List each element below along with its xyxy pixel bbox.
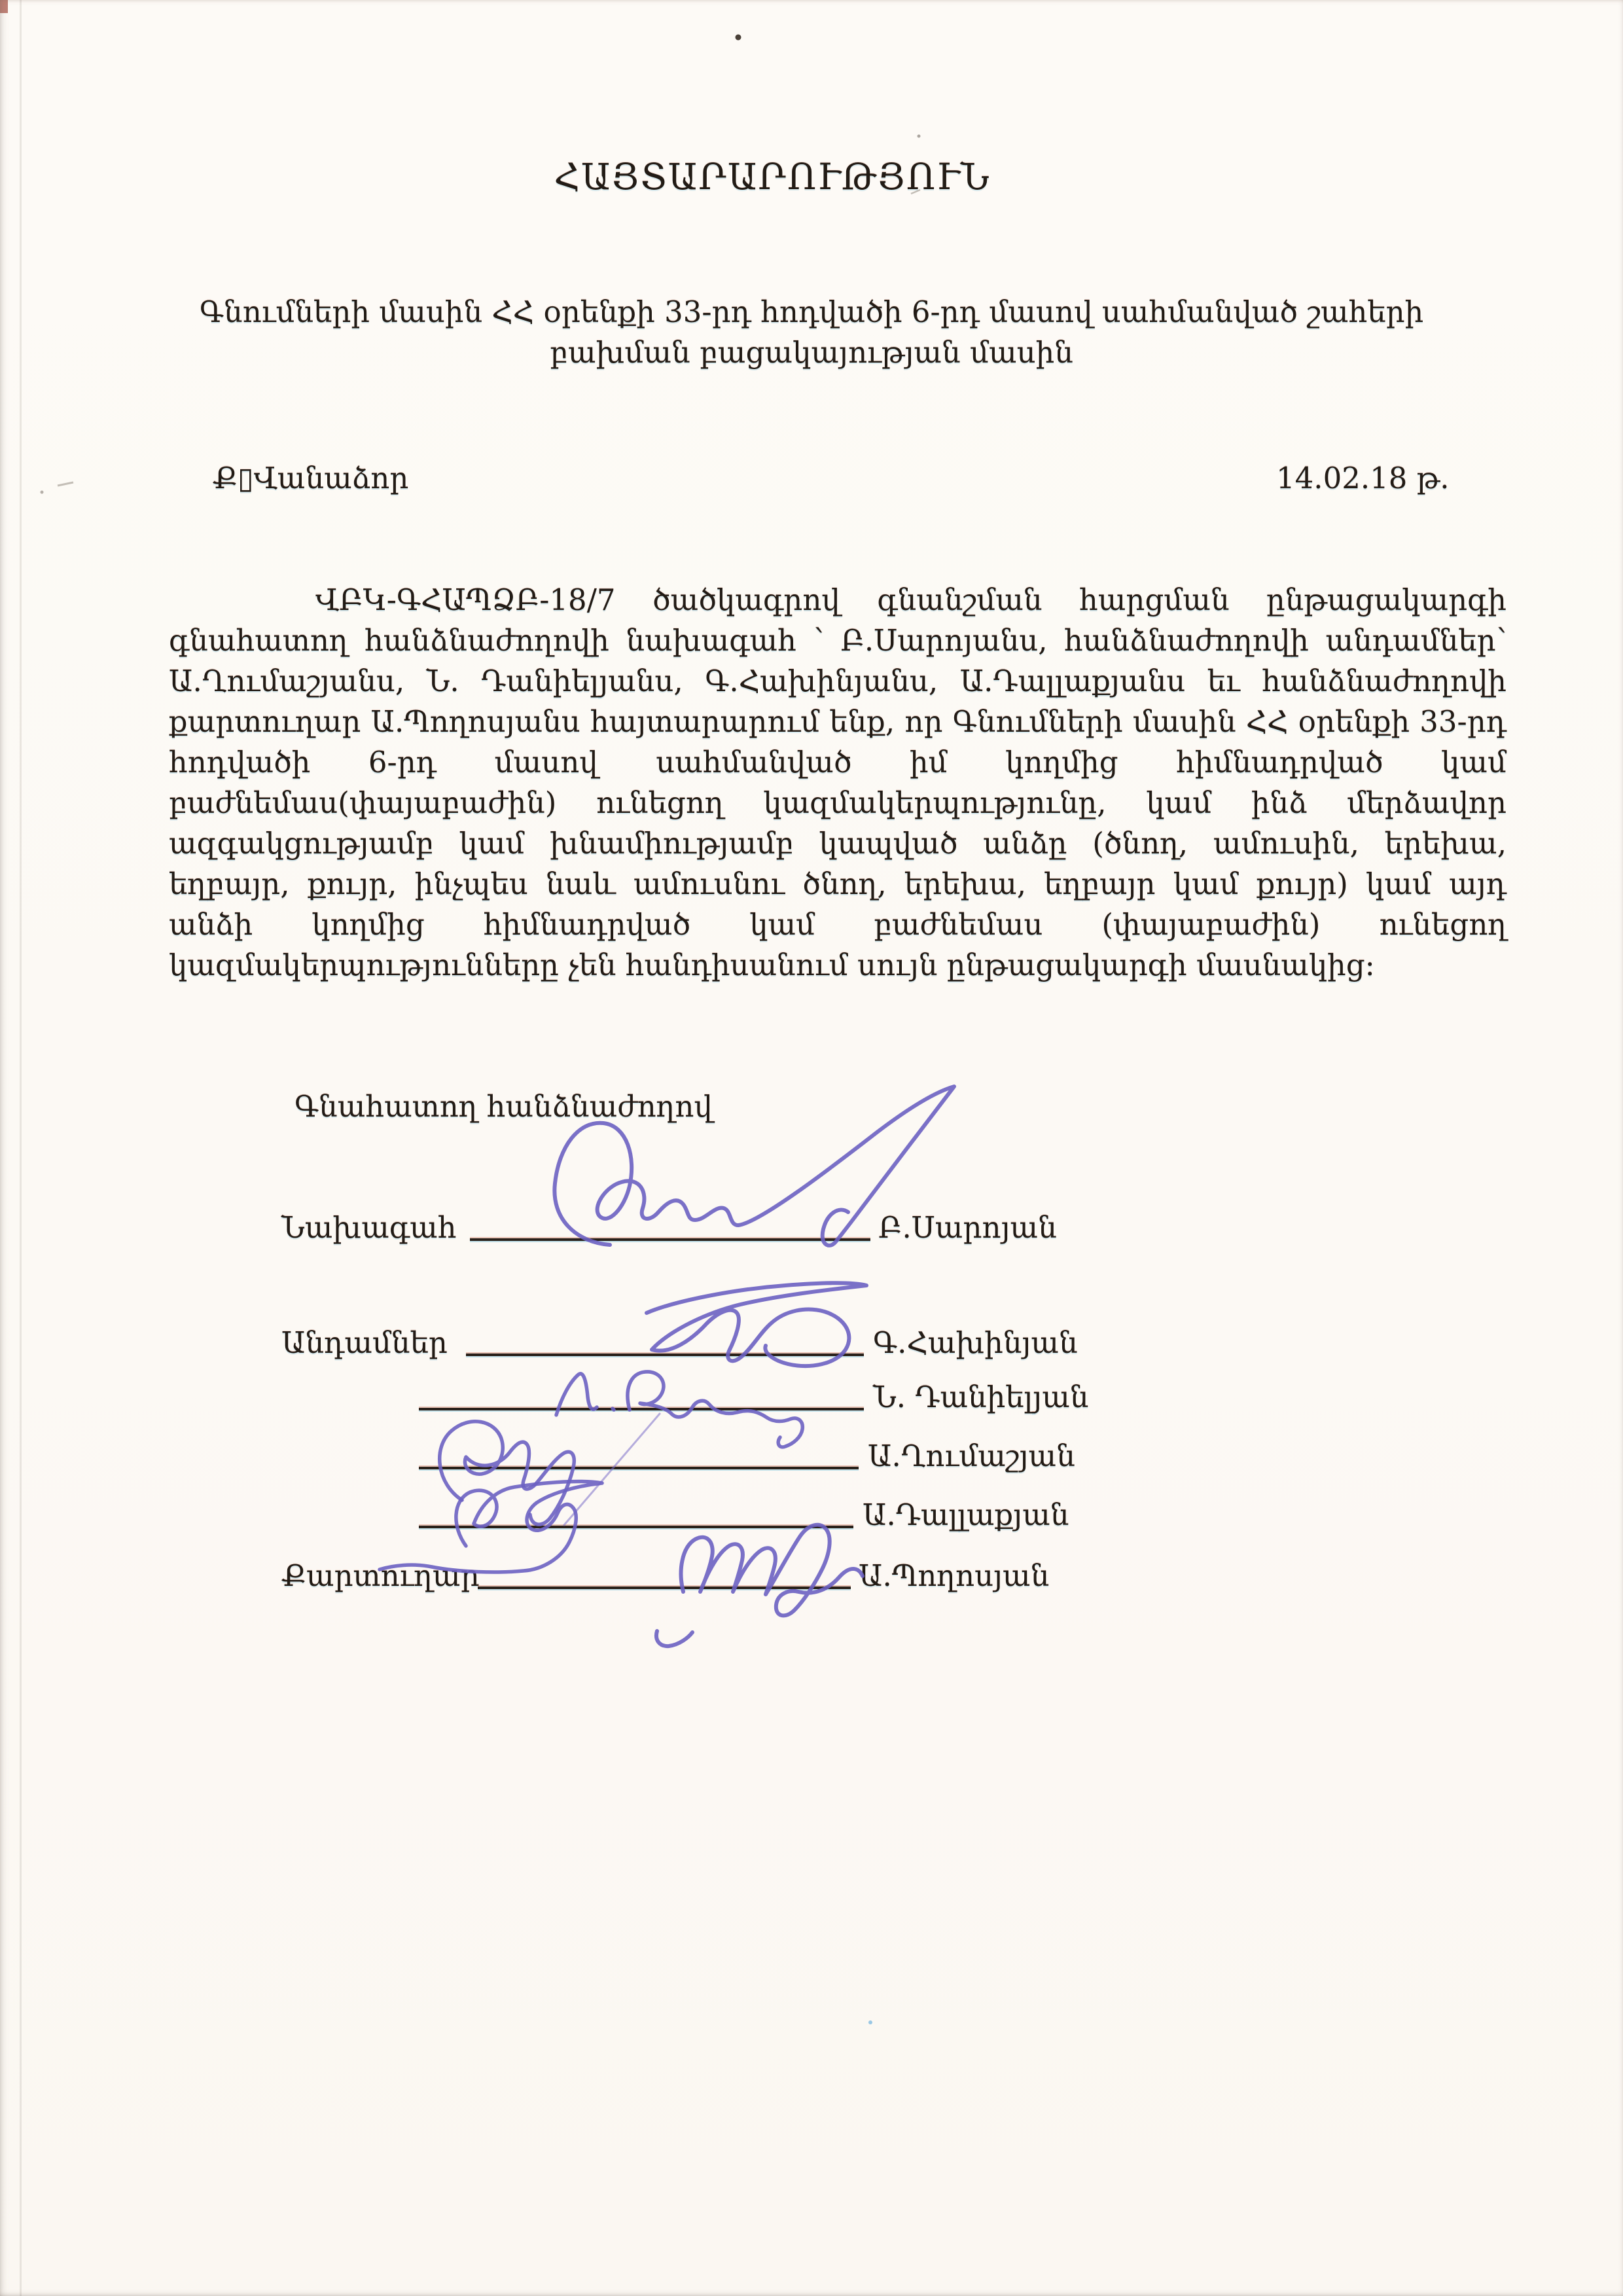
document-subtitle: Գնումների մասին ՀՀ օրենքի 33-րդ հոդվածի … [190,292,1433,373]
signer-name: Գ.Հախինյան [873,1325,1078,1360]
signature-line [466,1354,864,1356]
signer-name: Ա.Դալլաքյան [863,1498,1069,1532]
signature-line [419,1526,853,1528]
scan-speck [41,491,44,494]
scan-edge-streak [20,0,22,2296]
signature-section-heading: Գնահատող հանձնաժողով [294,1089,713,1124]
signature-row-member-3: Ա.Ղումաշյան [0,1434,1623,1473]
signer-name: Ա.Ղումաշյան [868,1439,1075,1473]
role-label-chairman: Նախագահ [281,1210,456,1245]
checkmark-ink-stroke [656,1631,692,1646]
signer-name: Ն. Դանիելյան [873,1380,1089,1414]
signer-name: Ա.Պողոսյան [859,1558,1049,1593]
declaration-body: ՎԲԿ-ԳՀԱՊՁԲ-18/7 ծածկագրով գնանշման հարցմ… [169,580,1507,986]
signature-row-member-4: Ա.Դալլաքյան [0,1493,1623,1532]
role-label-secretary: Քարտուղար [281,1558,480,1593]
signature-row-member-2: Ն. Դանիելյան [0,1375,1623,1414]
scanned-declaration-page: ՀԱՅՏԱՐԱՐՈՒԹՅՈՒՆ Գնումների մասին ՀՀ օրենք… [0,0,1623,2296]
place-label: Ք▯Վանաձոր [213,461,408,495]
signature-row-secretary: Քարտուղար Ա.Պողոսյան [0,1554,1623,1593]
signature-line [478,1587,851,1589]
signature-line [419,1408,864,1410]
signature-line [470,1238,870,1241]
role-label-members: Անդամներ [281,1325,448,1360]
signature-line [419,1467,859,1469]
date-label: 14.02.18 թ. [1276,461,1450,495]
signer-name: Բ.Սարոյան [878,1210,1057,1245]
document-title: ՀԱՅՏԱՐԱՐՈՒԹՅՈՒՆ [0,156,1544,198]
scan-corner-artifact [0,0,8,13]
signature-row-member-1: Անդամներ Գ.Հախինյան [0,1321,1623,1360]
scan-speck-blue [868,2020,872,2024]
scan-speck [58,482,73,486]
signature-row-chairman: Նախագահ Բ.Սարոյան [0,1206,1623,1245]
scan-speck [918,135,921,138]
scan-speck [736,35,741,41]
